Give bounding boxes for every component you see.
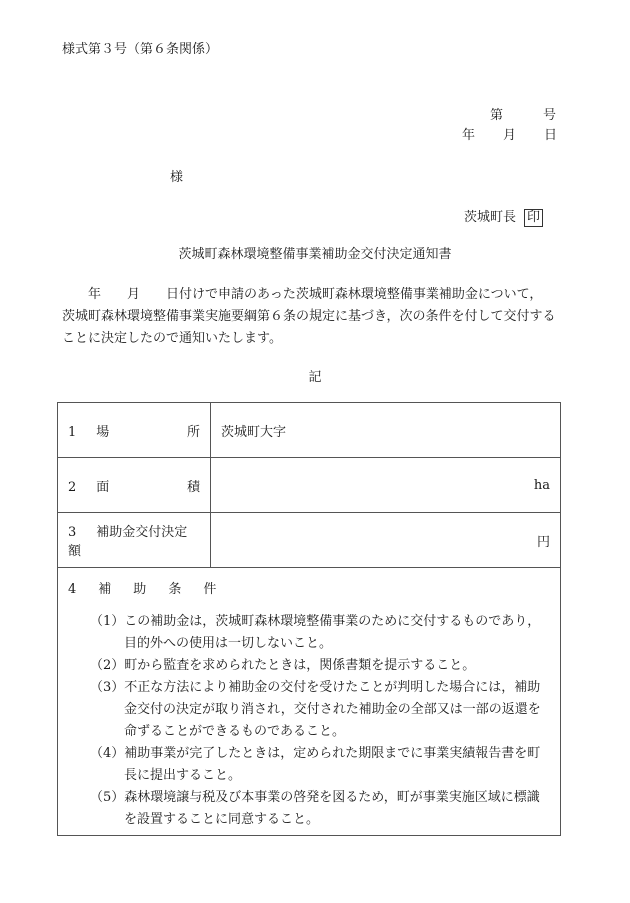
heading-char: 助	[133, 582, 146, 597]
row-label: 場	[96, 425, 109, 440]
conditions-list: （1）この補助金は，茨城町森林環境整備事業のために交付するものであり，目的外への…	[68, 611, 550, 831]
body-line-3: ことに決定したので通知いたします。	[62, 328, 574, 350]
table-row-conditions: 4補助条件 （1）この補助金は，茨城町森林環境整備事業のために交付するものであり…	[58, 568, 561, 836]
label-cell: 1場所	[58, 403, 211, 458]
date-month: 月	[503, 124, 516, 143]
details-table: 1場所 茨城町大字 2面積 ha 3補助金交付決定額 円 4補助条件 （1）この…	[57, 402, 561, 836]
heading-char: 件	[203, 582, 216, 597]
conditions-heading: 4補助条件	[68, 578, 550, 597]
body-line-1: 年 月 日付けで申請のあった茨城町森林環境整備事業補助金について，	[62, 284, 574, 306]
amount-value: 円	[211, 513, 561, 568]
heading-char: 補	[98, 582, 111, 597]
row-number: 2	[68, 480, 76, 495]
conditions-cell: 4補助条件 （1）この補助金は，茨城町森林環境整備事業のために交付するものであり…	[58, 568, 561, 836]
doc-number-prefix: 第	[490, 104, 503, 123]
row-label-end: 積	[187, 476, 200, 495]
table-row-location: 1場所 茨城町大字	[58, 403, 561, 458]
condition-item: （3）不正な方法により補助金の交付を受けたことが判明した場合には，補助金交付の決…	[78, 677, 550, 743]
addressee: 様	[170, 166, 183, 185]
row-label: 面	[96, 480, 109, 495]
row-number: 1	[68, 425, 76, 440]
document-number: 第号	[490, 104, 556, 123]
document-date: 年月日	[462, 124, 557, 143]
body-line-2: 茨城町森林環境整備事業実施要綱第６条の規定に基づき，次の条件を付して交付する	[62, 306, 574, 328]
condition-item: （4）補助事業が完了したときは，定められた期限までに事業実績報告書を町長に提出す…	[78, 743, 550, 787]
body-text: 年 月 日付けで申請のあった茨城町森林環境整備事業補助金について， 茨城町森林環…	[62, 284, 574, 350]
date-year: 年	[462, 124, 475, 143]
ki-heading: 記	[0, 366, 630, 385]
row-number: 3	[68, 525, 76, 540]
heading-char: 条	[168, 582, 181, 597]
condition-item: （1）この補助金は，茨城町森林環境整備事業のために交付するものであり，目的外への…	[78, 611, 550, 655]
row-number: 4	[68, 582, 76, 597]
document-title: 茨城町森林環境整備事業補助金交付決定通知書	[0, 243, 630, 262]
label-cell: 3補助金交付決定額	[58, 513, 211, 568]
date-day: 日	[544, 124, 557, 143]
doc-number-suffix: 号	[543, 104, 556, 123]
row-label: 補助金交付決定額	[68, 525, 187, 559]
area-value: ha	[211, 458, 561, 513]
location-value: 茨城町大字	[211, 403, 561, 458]
seal-mark: 印	[524, 209, 543, 227]
condition-item: （2）町から監査を求められたときは，関係書類を提示すること。	[78, 655, 550, 677]
table-row-amount: 3補助金交付決定額 円	[58, 513, 561, 568]
form-number: 様式第３号（第６条関係）	[62, 38, 218, 57]
sender: 茨城町長印	[464, 206, 543, 227]
table-row-area: 2面積 ha	[58, 458, 561, 513]
label-cell: 2面積	[58, 458, 211, 513]
condition-item: （5）森林環境譲与税及び本事業の啓発を図るため，町が事業実施区域に標識を設置する…	[78, 787, 550, 831]
row-label-end: 所	[187, 421, 200, 440]
sender-name: 茨城町長	[464, 210, 516, 225]
